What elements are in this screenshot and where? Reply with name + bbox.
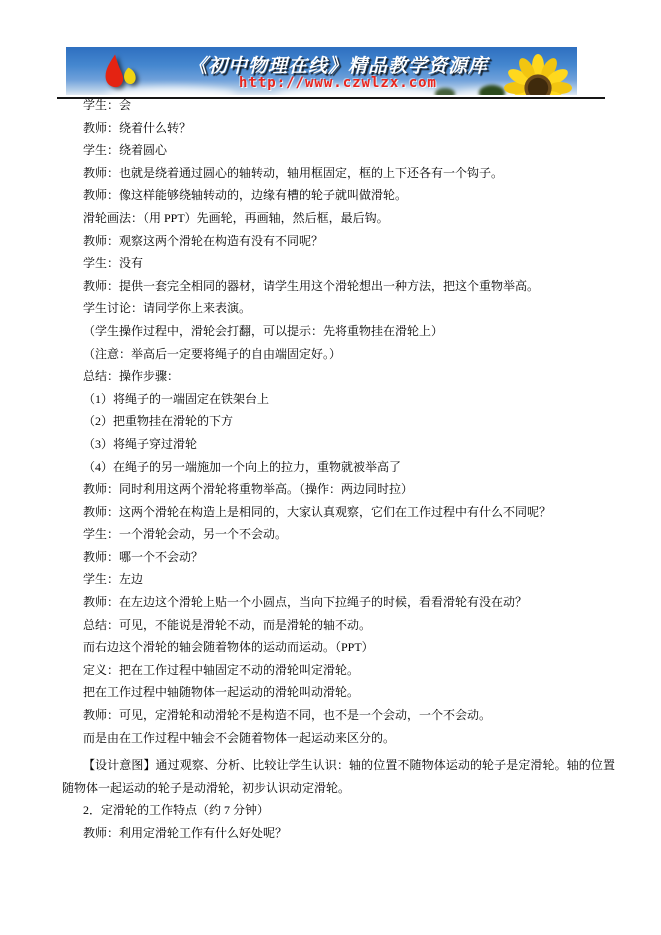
paragraph: 教师：利用定滑轮工作有什么好处呢？ — [62, 822, 615, 845]
site-banner: 《初中物理在线》精品教学资源库 http://www.czwlzx.com — [66, 47, 577, 95]
banner-title: 《初中物理在线》精品教学资源库 — [154, 51, 522, 78]
paragraph: 教师：提供一套完全相同的器材，请学生用这个滑轮想出一种方法，把这个重物举高。 — [62, 275, 615, 298]
paragraph: （4）在绳子的另一端施加一个向上的拉力，重物就被举高了 — [62, 456, 615, 479]
flame-logo-icon — [99, 52, 143, 92]
paragraph: 教师：绕着什么转？ — [62, 117, 615, 140]
sunflower-icon — [504, 54, 572, 95]
banner-url-link[interactable]: http://www.czwlzx.com — [154, 75, 522, 91]
paragraph: （2）把重物挂在滑轮的下方 — [62, 410, 615, 433]
paragraph: 教师：像这样能够绕轴转动的，边缘有槽的轮子就叫做滑轮。 — [62, 184, 615, 207]
paragraph: 而右边这个滑轮的轴会随着物体的运动而运动。（PPT） — [62, 636, 615, 659]
paragraph: 教师：可见，定滑轮和动滑轮不是构造不同，也不是一个会动，一个不会动。 — [62, 704, 615, 727]
document-body: 学生：会教师：绕着什么转？学生：绕着圆心教师：也就是绕着通过圆心的轴转动，轴用框… — [62, 94, 615, 845]
paragraph: 学生：左边 — [62, 568, 615, 591]
paragraph: （1）将绳子的一端固定在铁架台上 — [62, 388, 615, 411]
paragraph: 总结：可见，不能说是滑轮不动，而是滑轮的轴不动。 — [62, 614, 615, 637]
paragraph: 教师：哪一个不会动？ — [62, 546, 615, 569]
paragraph: 把在工作过程中轴随物体一起运动的滑轮叫动滑轮。 — [62, 681, 615, 704]
paragraph: 教师：同时利用这两个滑轮将重物举高。（操作：两边同时拉） — [62, 478, 615, 501]
paragraph: 2．定滑轮的工作特点（约 7 分钟） — [62, 799, 615, 822]
paragraph: 教师：观察这两个滑轮在构造有没有不同呢？ — [62, 230, 615, 253]
paragraph: 而是由在工作过程中轴会不会随着物体一起运动来区分的。 — [62, 727, 615, 750]
paragraph: 总结：操作步骤： — [62, 365, 615, 388]
paragraph: （3）将绳子穿过滑轮 — [62, 433, 615, 456]
paragraph: 学生：绕着圆心 — [62, 139, 615, 162]
paragraph: （学生操作过程中，滑轮会打翻，可以提示：先将重物挂在滑轮上） — [62, 320, 615, 343]
paragraph: 学生讨论：请同学你上来表演。 — [62, 297, 615, 320]
paragraph: （注意：举高后一定要将绳子的自由端固定好。） — [62, 343, 615, 366]
paragraph: 教师：也就是绕着通过圆心的轴转动，轴用框固定，框的上下还各有一个钩子。 — [62, 162, 615, 185]
paragraph: 学生：一个滑轮会动，另一个不会动。 — [62, 523, 615, 546]
paragraph: 【设计意图】通过观察、分析、比较让学生认识：轴的位置不随物体运动的轮子是定滑轮。… — [62, 754, 615, 799]
paragraph: 滑轮画法：（用 PPT）先画轮，再画轴，然后框，最后钩。 — [62, 207, 615, 230]
paragraph: 学生：没有 — [62, 252, 615, 275]
paragraph: 学生：会 — [62, 94, 615, 117]
paragraph: 教师：这两个滑轮在构造上是相同的，大家认真观察，它们在工作过程中有什么不同呢？ — [62, 501, 615, 524]
paragraph: 定义：把在工作过程中轴固定不动的滑轮叫定滑轮。 — [62, 659, 615, 682]
paragraph: 教师：在左边这个滑轮上贴一个小圆点，当向下拉绳子的时候，看看滑轮有没在动？ — [62, 591, 615, 614]
